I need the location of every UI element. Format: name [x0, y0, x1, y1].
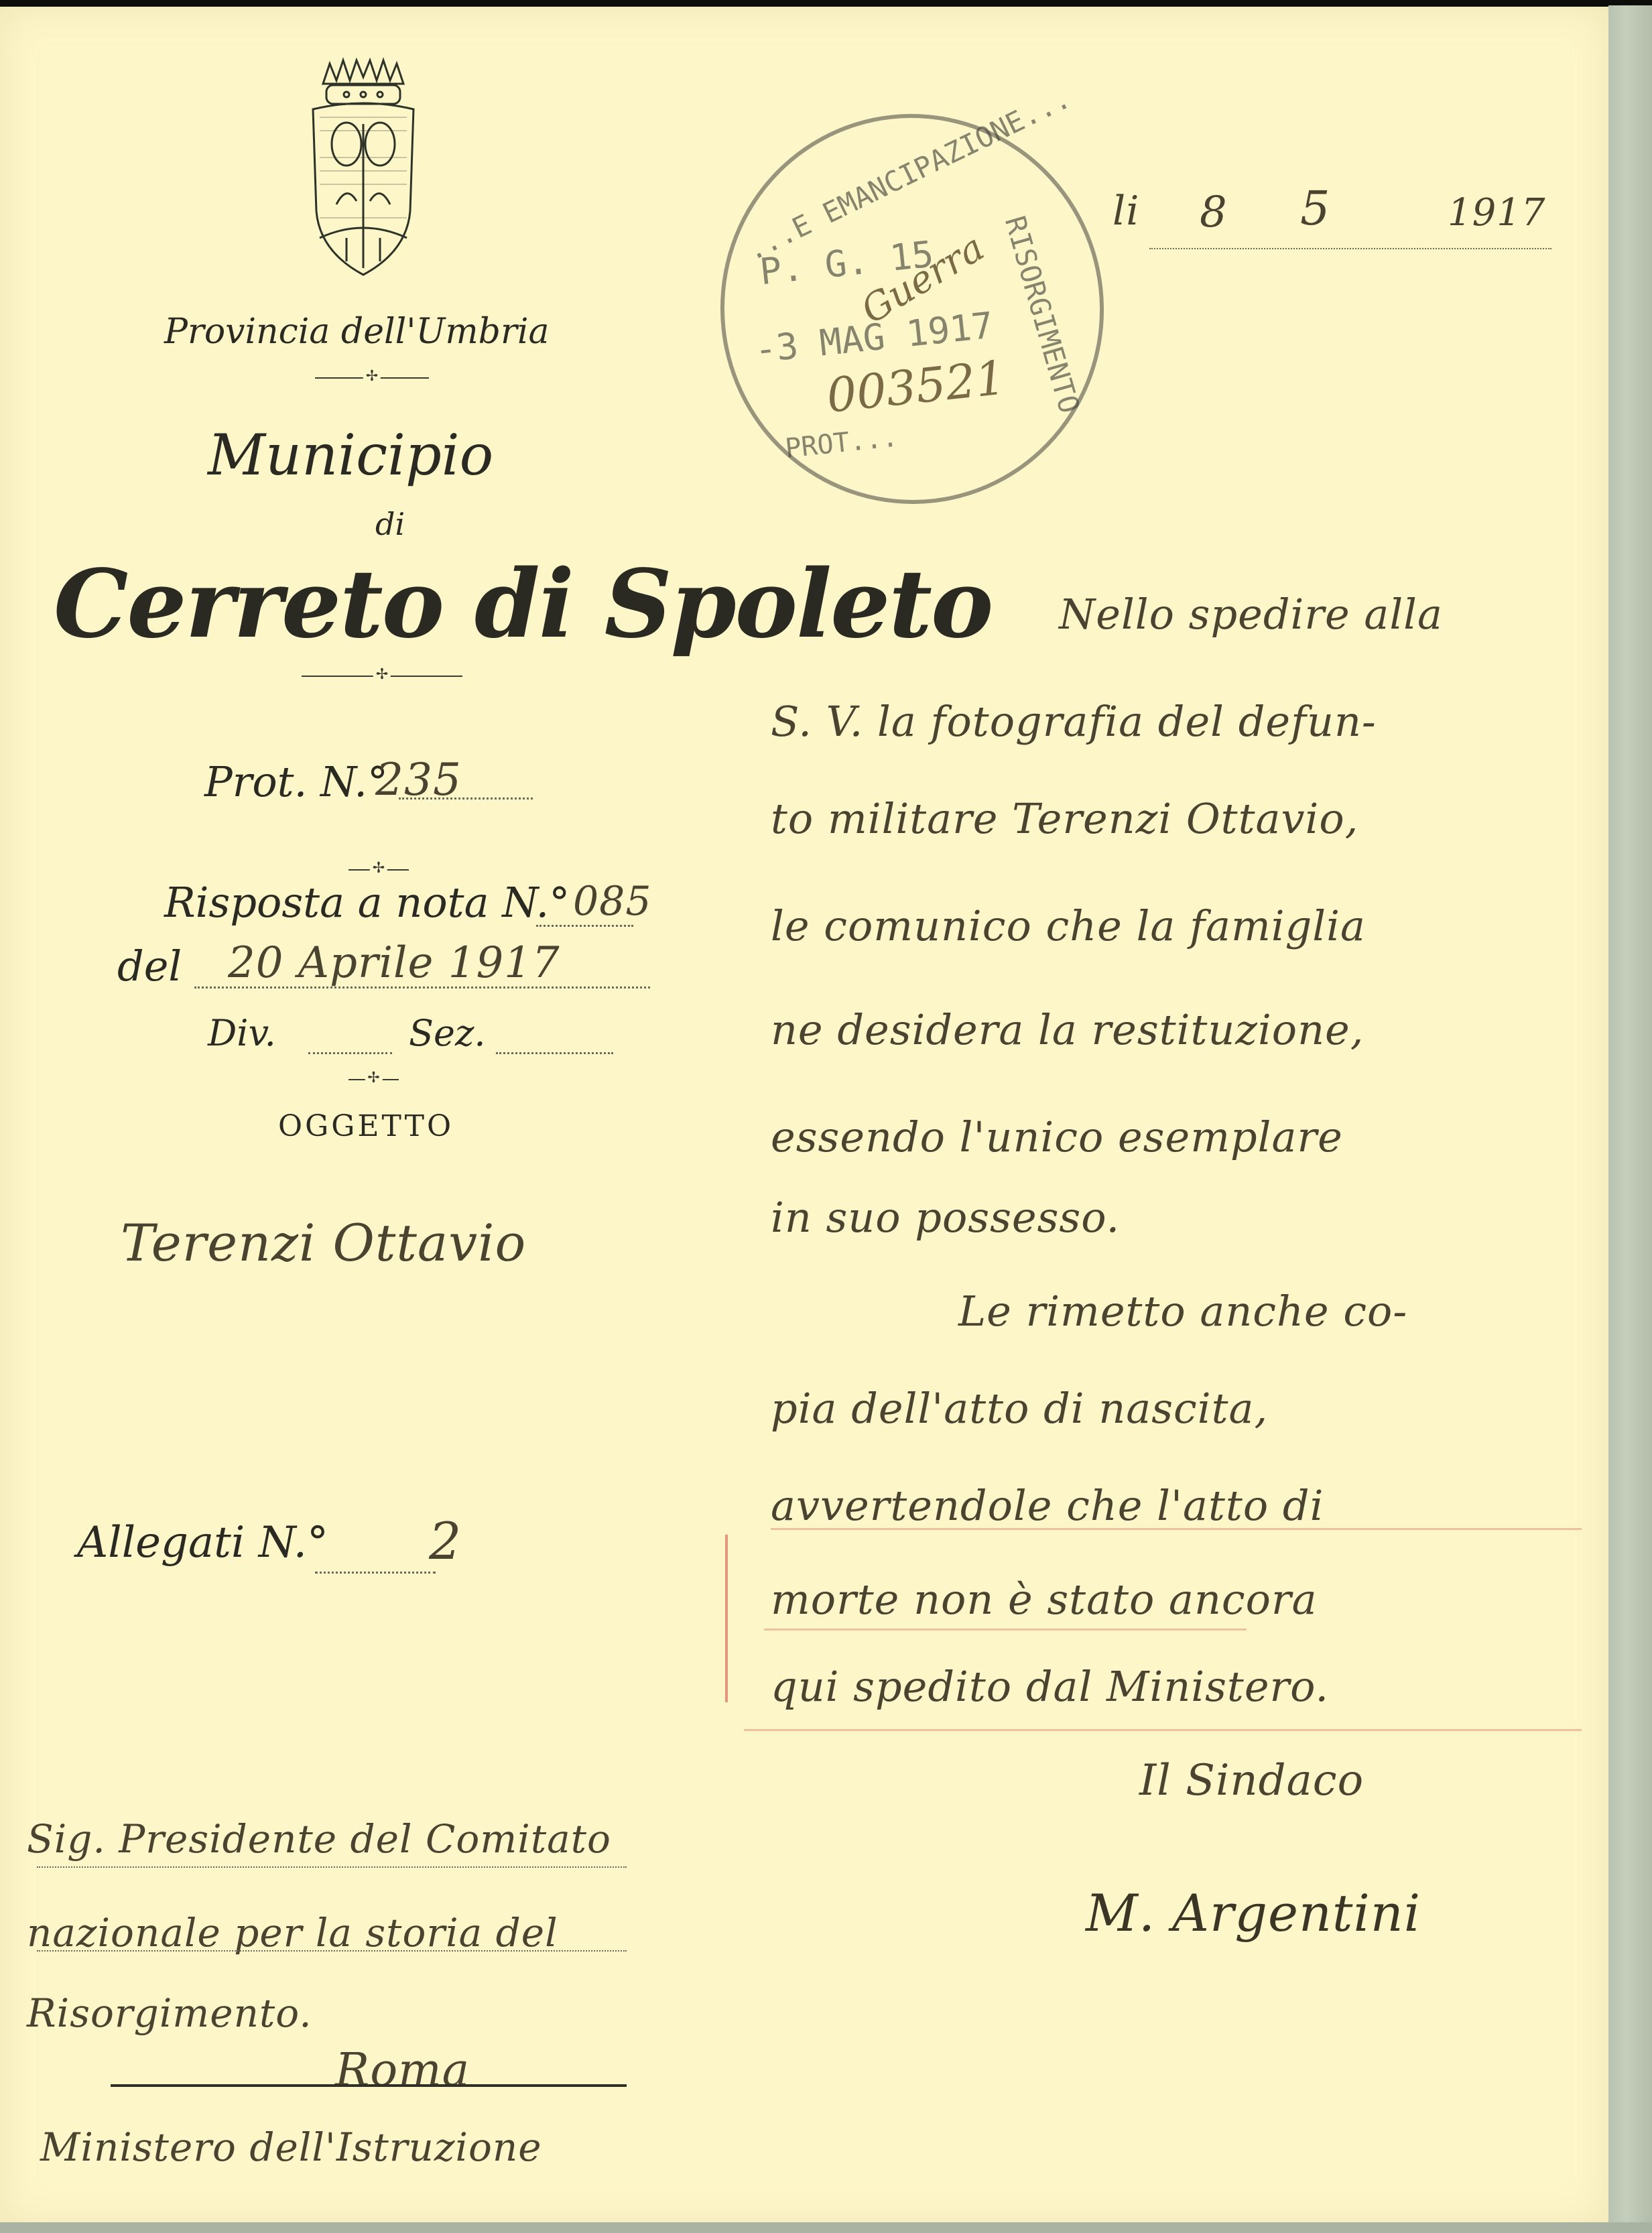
page-bottom-edge	[0, 2222, 1652, 2233]
dotted-line	[496, 1052, 613, 1054]
dotted-line	[399, 797, 533, 800]
date-year: 1917	[1448, 191, 1546, 235]
divider-ornament	[315, 377, 429, 379]
red-pencil-mark	[771, 1528, 1582, 1530]
red-pencil-mark	[744, 1729, 1582, 1731]
del-label: del	[117, 942, 182, 991]
date-day: 8	[1200, 188, 1228, 237]
dotted-line	[37, 1866, 627, 1868]
divider-ornament	[302, 676, 462, 677]
oggetto-label: OGGETTO	[278, 1109, 454, 1143]
divider-ornament	[348, 1079, 399, 1080]
municipio-heading: Municipio	[208, 422, 493, 488]
allegati-value: 2	[429, 1511, 462, 1571]
dotted-line	[1149, 248, 1551, 249]
body-line: avvertendole che l'atto di	[771, 1481, 1324, 1530]
dotted-line	[308, 1052, 392, 1054]
body-line: Nello spedire alla	[1059, 590, 1443, 639]
dotted-line	[194, 986, 650, 988]
del-value: 20 Aprile 1917	[228, 938, 560, 988]
dotted-line	[315, 1572, 436, 1574]
body-line: ne desidera la restituzione,	[771, 1005, 1364, 1054]
registry-stamp: ...E EMANCIPAZIONE... RISORGIMENTO P. G.…	[701, 95, 1123, 523]
red-pencil-mark	[764, 1629, 1247, 1631]
oggetto-value: Terenzi Ottavio	[121, 1213, 526, 1273]
body-line: Le rimetto anche co-	[958, 1287, 1407, 1336]
sez-label: Sez.	[409, 1012, 486, 1054]
di-label: di	[375, 506, 405, 542]
allegati-label: Allegati N.°	[77, 1518, 328, 1568]
body-line: pia dell'atto di nascita,	[771, 1384, 1268, 1433]
body-line: essendo l'unico esemplare	[771, 1112, 1343, 1161]
body-line: to militare Terenzi Ottavio,	[771, 794, 1358, 843]
risposta-value: 085	[573, 878, 652, 925]
body-line: in suo possesso.	[771, 1193, 1120, 1242]
red-pencil-mark	[725, 1535, 728, 1702]
addressee-line: nazionale per la storia del	[27, 1910, 558, 1956]
body-line: qui spedito dal Ministero.	[771, 1662, 1329, 1711]
addressee-city: Roma	[335, 2044, 470, 2097]
date-prefix: li	[1113, 188, 1139, 235]
letter-page: Provincia dell'Umbria Municipio di Cerre…	[0, 7, 1608, 2226]
addressee-line: Sig. Presidente del Comitato	[27, 1816, 611, 1862]
town-heading: Cerreto di Spoleto	[54, 550, 992, 659]
city-underline	[111, 2084, 627, 2087]
dotted-line	[37, 1950, 627, 1952]
coat-of-arms-crest-icon	[310, 57, 417, 278]
addressee-footer: Ministero dell'Istruzione	[40, 2124, 542, 2170]
divider-ornament	[348, 869, 409, 871]
date-month: 5	[1300, 181, 1331, 236]
province-heading: Provincia dell'Umbria	[164, 312, 549, 352]
body-line: S. V. la fotografia del defun-	[771, 697, 1377, 746]
page-edge-strip	[1608, 5, 1652, 2230]
dotted-line	[536, 925, 633, 927]
prot-label: Prot. N.°	[204, 757, 388, 806]
body-line: le comunico che la famiglia	[771, 901, 1366, 950]
addressee-line: Risorgimento.	[27, 1990, 312, 2036]
body-line: morte non è stato ancora	[771, 1575, 1318, 1624]
signature-name: M. Argentini	[1086, 1883, 1421, 1943]
stamp-arc-right: RISORGIMENTO	[999, 212, 1086, 417]
stamp-bottom: PROT...	[783, 422, 899, 464]
div-label: Div.	[208, 1012, 276, 1054]
signature-title: Il Sindaco	[1139, 1756, 1364, 1805]
risposta-label: Risposta a nota N.°	[164, 878, 570, 927]
